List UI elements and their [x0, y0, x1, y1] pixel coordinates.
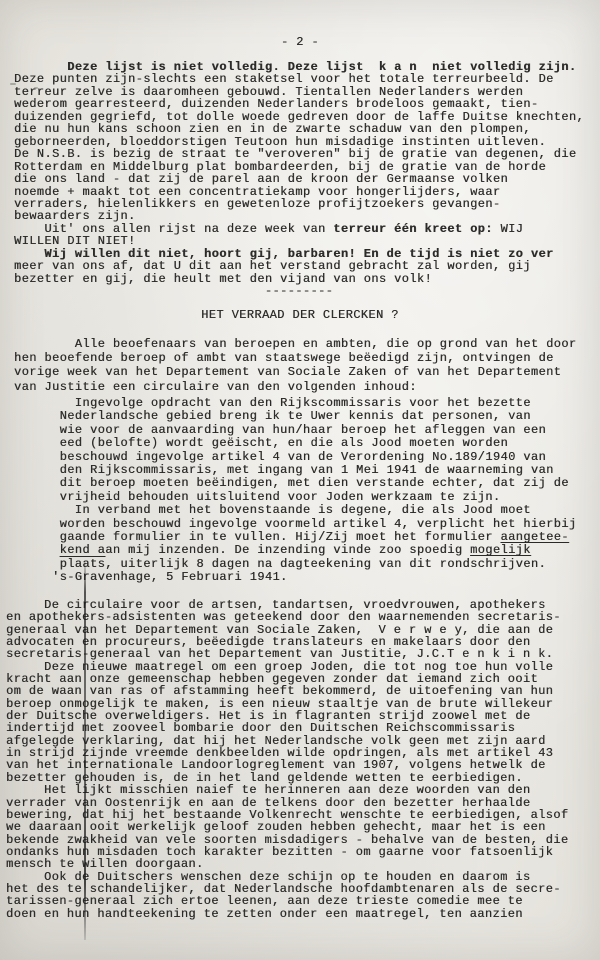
text-segment: den Rijkscommissaris, met ingang van 1 M… — [14, 463, 554, 477]
ink-speckle — [34, 87, 38, 89]
text-segment: mogelijk — [470, 543, 531, 557]
text-segment: Alle beoefenaars van beroepen en ambten,… — [14, 337, 577, 351]
text-line: beschouwd ingevolge artikel 4 van de Ver… — [14, 451, 577, 464]
text-segment: vorige week van het Departement van Soci… — [14, 365, 561, 379]
text-segment: worden beschouwd ingevolge voormeld arti… — [14, 517, 577, 531]
text-line: HET VERRAAD DER CLERCKEN ? — [0, 309, 600, 322]
section-heading: HET VERRAAD DER CLERCKEN ? — [0, 309, 600, 322]
text-segment — [14, 557, 60, 571]
text-segment: --------- — [14, 284, 333, 298]
text-line: Alle beoefenaars van beroepen en ambten,… — [14, 337, 577, 351]
text-segment: kend aan mij inzenden. De inzending vind… — [14, 543, 470, 557]
text-line: hen beoefende beroep of ambt van staatsw… — [14, 351, 577, 365]
date-line: 's-Gravenhage, 5 Februari 1941. — [14, 571, 288, 584]
circular-quote: Ingevolge opdracht van den Rijkscommissa… — [14, 397, 577, 571]
text-line: van Justitie een circulaire van den volg… — [14, 380, 577, 394]
text-segment: - 2 - — [281, 35, 319, 49]
text-segment: dit beroep moeten beëindigen, met dien v… — [14, 476, 569, 490]
text-segment: wie voor de aanvaarding van hun/haar ber… — [14, 423, 546, 437]
text-line: wie voor de aanvaarding van hun/haar ber… — [14, 424, 577, 437]
text-line: gaande formulier in te vullen. Hij/Zij m… — [14, 531, 577, 544]
text-line: Ingevolge opdracht van den Rijkscommissa… — [14, 397, 577, 410]
intro-paragraph: Deze lijst is niet volledig. Deze lijst … — [14, 61, 584, 298]
text-segment: gaande formulier in te vullen. Hij/Zij m… — [14, 530, 500, 544]
paper-crease-artifact — [84, 562, 86, 940]
text-segment: plaats — [60, 557, 106, 571]
text-line: den Rijkscommissaris, met ingang van 1 M… — [14, 464, 577, 477]
text-line: doen en hun handteekening te zetten onde… — [6, 908, 569, 920]
text-segment: HET VERRAAD DER CLERCKEN ? — [201, 308, 399, 322]
text-segment: van Justitie een circulaire van den volg… — [14, 380, 417, 394]
text-line: 's-Gravenhage, 5 Februari 1941. — [14, 571, 288, 584]
text-segment: aangetee- — [500, 530, 568, 544]
text-line: --------- — [14, 285, 584, 297]
text-segment: beschouwd ingevolge artikel 4 van de Ver… — [14, 450, 546, 464]
text-line: Nederlandsche gebied breng ik te Uwer ke… — [14, 410, 577, 423]
text-segment: In verband met het bovenstaande is degen… — [14, 503, 531, 517]
commentary-paragraphs: De circulaire voor de artsen, tandartsen… — [6, 599, 569, 920]
text-line: kend aan mij inzenden. De inzending vind… — [14, 544, 577, 557]
text-segment: vrijheid behouden uitsluitend voor Joden… — [14, 490, 500, 504]
text-segment: eed (belofte) wordt geëischt, en die als… — [14, 436, 508, 450]
text-line: dit beroep moeten beëindigen, met dien v… — [14, 477, 577, 490]
ink-speckle — [10, 83, 16, 85]
scanned-document-page: - 2 - Deze lijst is niet volledig. Deze … — [0, 0, 600, 960]
text-segment: terreur één kreet op: — [333, 222, 493, 236]
text-segment: hen beoefende beroep of ambt van staatsw… — [14, 351, 554, 365]
text-segment: 's-Gravenhage, 5 Februari 1941. — [14, 570, 288, 584]
clercken-paragraph: Alle beoefenaars van beroepen en ambten,… — [14, 337, 577, 394]
text-line: vrijheid behouden uitsluitend voor Joden… — [14, 491, 577, 504]
text-line: vorige week van het Departement van Soci… — [14, 365, 577, 379]
text-line: eed (belofte) wordt geëischt, en die als… — [14, 437, 577, 450]
text-line: worden beschouwd ingevolge voormeld arti… — [14, 518, 577, 531]
text-line: - 2 - — [0, 36, 600, 49]
text-segment: Nederlandsche gebied breng ik te Uwer ke… — [14, 409, 531, 423]
text-segment: Ingevolge opdracht van den Rijkscommissa… — [14, 396, 531, 410]
text-segment: , uiterlijk 8 dagen na dagteekening van … — [105, 557, 546, 571]
page-number: - 2 - — [0, 36, 600, 49]
text-line: In verband met het bovenstaande is degen… — [14, 504, 577, 517]
text-segment: WIJ — [493, 222, 523, 236]
